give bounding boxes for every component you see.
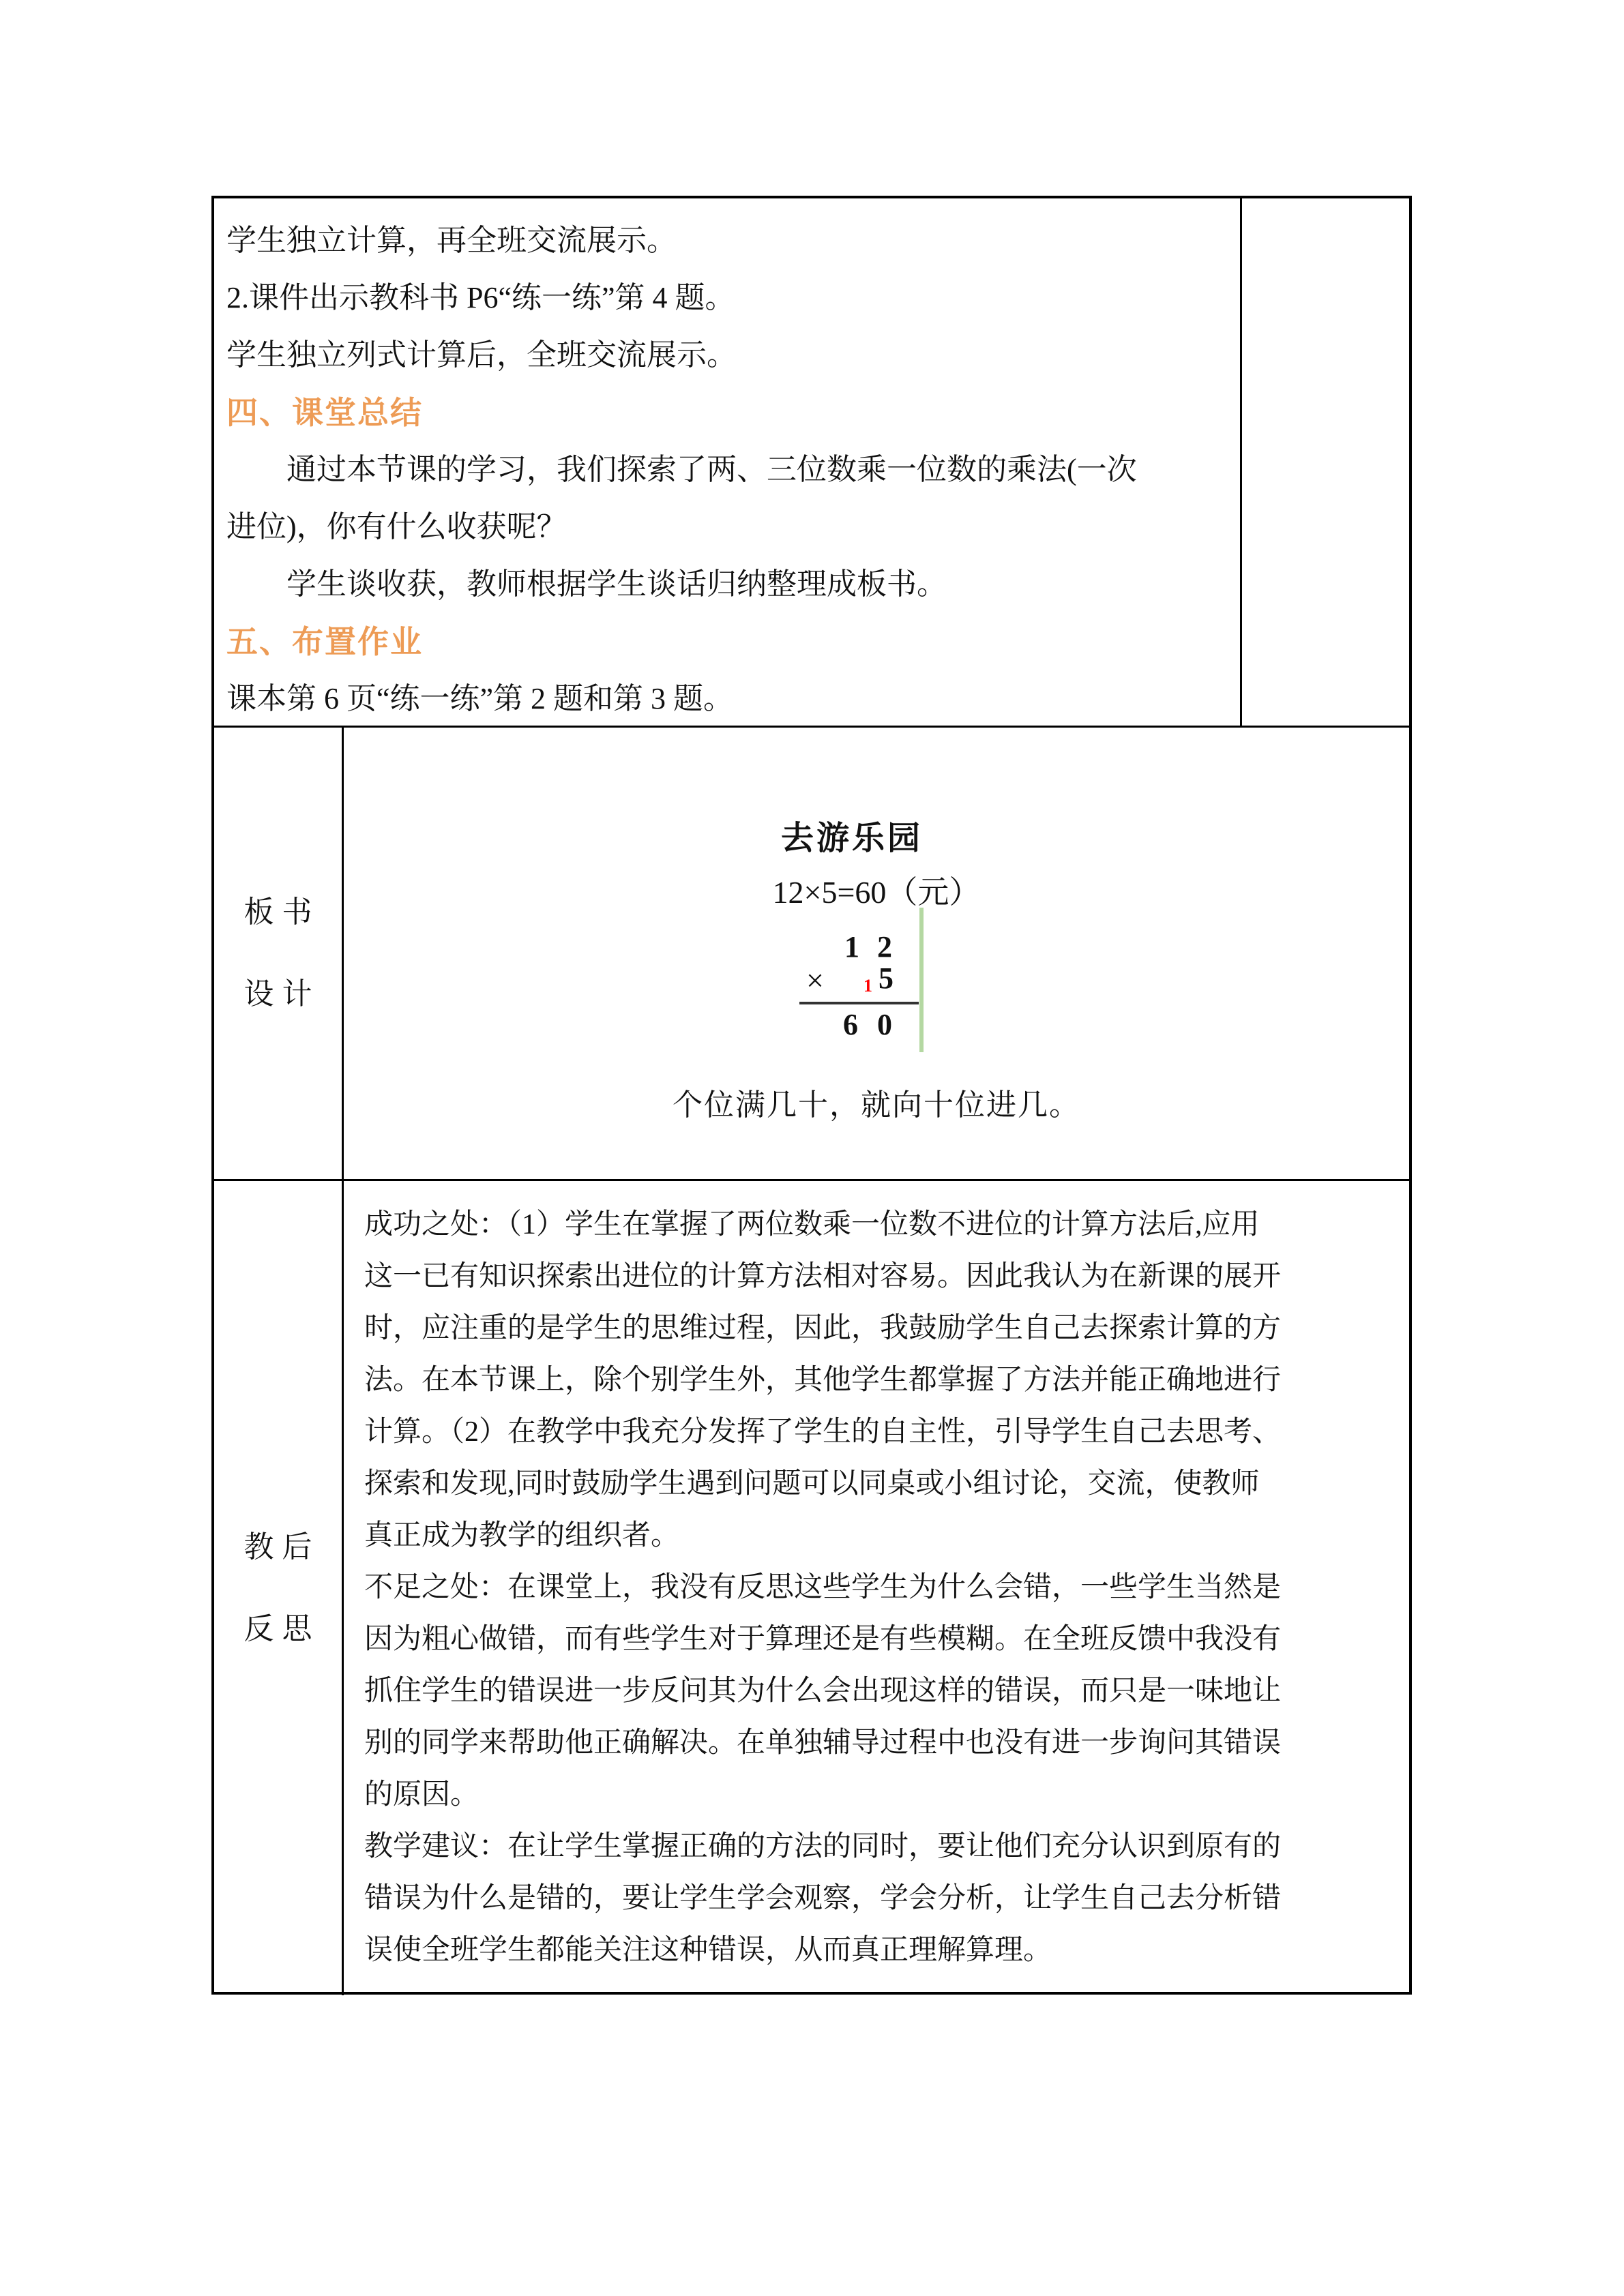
product-tens-digit: 6: [843, 1010, 858, 1040]
reflection-line: 教学建议：在让学生掌握正确的方法的同时，要让他们充分认识到原有的: [364, 1821, 1397, 1873]
reflection-line: 误使全班学生都能关注这种错误，从而真正理解算理。: [364, 1924, 1397, 1976]
board-note: 个位满几十，就向十位进几。: [344, 1080, 1409, 1124]
reflection-line: 因为粗心做错，而有些学生对于算理还是有些模糊。在全班反馈中我没有: [364, 1613, 1397, 1665]
lesson-plan-page: 学生独立计算，再全班交流展示。 2.课件出示教科书 P6“练一练”第 4 题。 …: [0, 0, 1624, 2296]
reflection-line: 真正成为教学的组织者。: [364, 1510, 1397, 1562]
reflection-line: 不足之处：在课堂上，我没有反思这些学生为什么会错，一些学生当然是: [364, 1562, 1397, 1613]
board-design-label-line1: 板书: [236, 871, 321, 953]
teaching-steps-row: 学生独立计算，再全班交流展示。 2.课件出示教科书 P6“练一练”第 4 题。 …: [214, 198, 1409, 726]
step-line: 学生谈收获，教师根据学生谈话归纳整理成板书。: [226, 556, 1228, 613]
board-design-content-cell: 去游乐园 12×5=60（元） 1 2 × 1 5 6 0 个位满几十，就向十位…: [344, 728, 1409, 1179]
section-heading-homework: 五、布置作业: [226, 613, 1228, 670]
board-design-label-cell: 板书 设计: [214, 728, 344, 1179]
reflection-line: 时，应注重的是学生的思维过程，因此，我鼓励学生自己去探索计算的方: [364, 1302, 1397, 1354]
step-line: 学生独立列式计算后，全班交流展示。: [226, 327, 1228, 384]
reflection-row: 教后 反思 成功之处：（1）学生在掌握了两位数乘一位数不进位的计算方法后,应用 …: [214, 1179, 1409, 1995]
reflection-line: 法。在本节课上，除个别学生外，其他学生都掌握了方法并能正确地进行: [364, 1354, 1397, 1406]
multiplication-rule-line: [799, 1002, 919, 1004]
vertical-multiplication: 1 2 × 1 5 6 0: [799, 932, 922, 1041]
multiplicand-tens-digit: 1: [844, 932, 859, 962]
board-design-label-line2: 设计: [236, 953, 321, 1035]
multiplicand-ones-digit: 2: [877, 932, 892, 962]
reflection-line: 计算。（2）在教学中我充分发挥了学生的自主性，引导学生自己去思考、: [364, 1406, 1397, 1458]
reflection-label-line1: 教后: [236, 1506, 321, 1588]
reflection-line: 这一已有知识探索出进位的计算方法相对容易。因此我认为在新课的展开: [364, 1251, 1397, 1302]
board-title: 去游乐园: [319, 811, 1385, 859]
reflection-line: 成功之处：（1）学生在掌握了两位数乘一位数不进位的计算方法后,应用: [364, 1199, 1397, 1251]
product-ones-digit: 0: [877, 1010, 892, 1040]
carry-digit: 1: [863, 977, 872, 995]
step-line: 通过本节课的学习，我们探索了两、三位数乘一位数的乘法(一次: [226, 441, 1228, 498]
reflection-label-cell: 教后 反思: [214, 1181, 344, 1995]
board-design-row: 板书 设计 去游乐园 12×5=60（元） 1 2 × 1 5 6 0 个位满几…: [214, 726, 1409, 1179]
reflection-line: 抓住学生的错误进一步反问其为什么会出现这样的错误，而只是一味地让: [364, 1665, 1397, 1717]
multiplier-digit: 5: [879, 964, 894, 994]
green-place-value-line: [919, 908, 924, 1052]
step-line: 2.课件出示教科书 P6“练一练”第 4 题。: [226, 269, 1228, 327]
lesson-plan-table: 学生独立计算，再全班交流展示。 2.课件出示教科书 P6“练一练”第 4 题。 …: [211, 196, 1412, 1995]
section-heading-class-summary: 四、课堂总结: [226, 384, 1228, 441]
reflection-line: 错误为什么是错的，要让学生学会观察，学会分析，让学生自己去分析错: [364, 1873, 1397, 1924]
reflection-content-cell: 成功之处：（1）学生在掌握了两位数乘一位数不进位的计算方法后,应用 这一已有知识…: [344, 1181, 1409, 1995]
secondary-notes-cell: [1242, 198, 1409, 726]
reflection-line: 别的同学来帮助他正确解决。在单独辅导过程中也没有进一步询问其错误: [364, 1717, 1397, 1769]
reflection-line: 的原因。: [364, 1769, 1397, 1821]
step-line: 课本第 6 页“练一练”第 2 题和第 3 题。: [226, 670, 1228, 728]
board-equation: 12×5=60（元）: [344, 867, 1409, 912]
step-line: 学生独立计算，再全班交流展示。: [226, 212, 1228, 269]
multiplication-sign: ×: [806, 965, 824, 996]
reflection-line: 探索和发现,同时鼓励学生遇到问题可以同桌或小组讨论，交流，使教师: [364, 1458, 1397, 1510]
reflection-label-line2: 反思: [236, 1588, 321, 1670]
teaching-steps-cell: 学生独立计算，再全班交流展示。 2.课件出示教科书 P6“练一练”第 4 题。 …: [214, 198, 1242, 726]
step-line: 进位)，你有什么收获呢？: [226, 498, 1228, 556]
